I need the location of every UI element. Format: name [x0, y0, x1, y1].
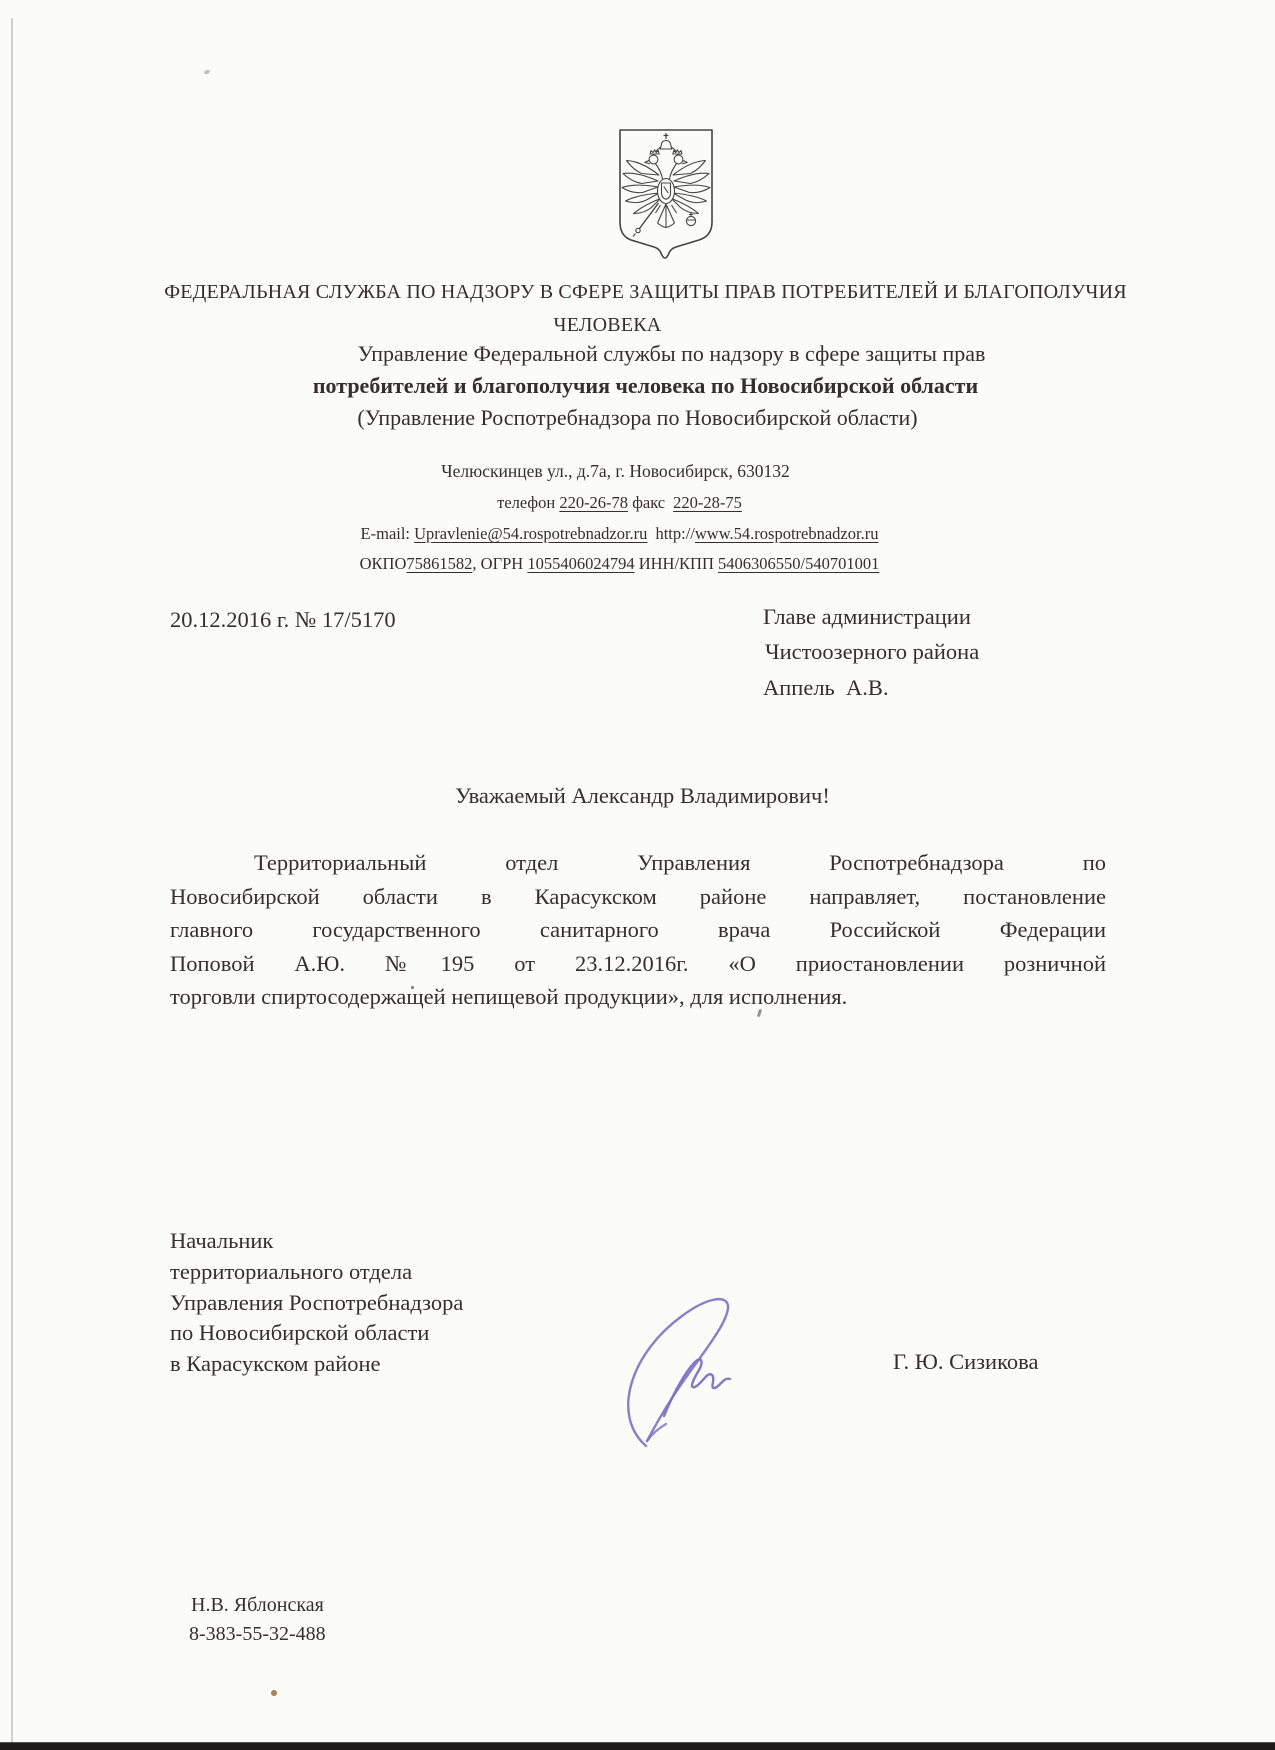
handwritten-signature	[606, 1288, 771, 1460]
signer-title-line: Начальник	[170, 1226, 463, 1257]
innkpp-label: ИНН/КПП	[635, 554, 718, 573]
executor-phone: 8-383-55-32-488	[189, 1623, 326, 1646]
scanned-letter-page: ФЕДЕРАЛЬНАЯ СЛУЖБА ПО НАДЗОРУ В СФЕРЕ ЗА…	[0, 0, 1275, 1750]
ogrn-label: , ОГРН	[472, 554, 527, 573]
requisites-line: ОКПО75861582, ОГРН 1055406024794 ИНН/КПП…	[0, 555, 1257, 574]
signer-title-line: Управления Роспотребнадзора	[170, 1288, 463, 1319]
okpo-value: 75861582	[406, 554, 472, 573]
org-name-line: ФЕДЕРАЛЬНАЯ СЛУЖБА ПО НАДЗОРУ В СФЕРЕ ЗА…	[8, 281, 1275, 304]
postal-address: Челюскинцев ул., д.7а, г. Новосибирск, 6…	[0, 461, 1253, 481]
signer-name: Г. Ю. Сизикова	[893, 1349, 1038, 1375]
signer-title-line: территориального отдела	[170, 1257, 463, 1288]
body-paragraph: Территориальный отдел Управления Роспотр…	[170, 846, 1106, 1014]
double-headed-eagle-icon	[622, 133, 710, 237]
department-line: (Управление Роспотребнадзора по Новосиби…	[0, 405, 1275, 430]
body-line: главного государственного санитарного вр…	[170, 913, 1106, 947]
date-number-line: 20.12.2016 г. № 17/5170	[170, 607, 396, 633]
signer-title-line: в Карасукском районе	[170, 1349, 463, 1380]
recipient-line: Главе администрации	[763, 604, 971, 630]
recipient-line: Аппель А.В.	[763, 675, 889, 701]
executor-name: Н.В. Яблонская	[191, 1594, 324, 1617]
scan-speck	[411, 986, 414, 989]
body-line: Территориальный отдел Управления Роспотр…	[170, 846, 1106, 880]
phone-fax-line: телефон 220-26-78 факс220-28-75	[0, 494, 1257, 513]
scan-speck	[271, 1690, 277, 1696]
site-address[interactable]: www.54.rospotrebnadzor.ru	[695, 524, 879, 543]
body-line: Новосибирской области в Карасукском райо…	[170, 880, 1106, 914]
scan-edge-line	[11, 18, 13, 1744]
fax-value: 220-28-75	[673, 493, 742, 512]
phone-label: телефон	[497, 493, 555, 512]
email-site-line: E-mail: Upravlenie@54.rospotrebnadzor.ru…	[0, 525, 1257, 544]
salutation: Уважаемый Александр Владимирович!	[5, 783, 1275, 809]
body-line: Поповой А.Ю. №195 от 23.12.2016г. «О при…	[170, 947, 1106, 981]
department-line: потребителей и благополучия человека по …	[8, 373, 1275, 398]
department-line: Управление Федеральной службы по надзору…	[34, 341, 1275, 366]
site-prefix: http://	[655, 524, 694, 543]
signer-title-line: по Новосибирской области	[170, 1318, 463, 1349]
recipient-line: Чистоозерного района	[765, 639, 979, 665]
russia-coat-of-arms-emblem	[613, 127, 719, 270]
innkpp-value: 5406306550/540701001	[718, 554, 879, 573]
okpo-label: ОКПО	[360, 554, 407, 573]
org-name-line: ЧЕЛОВЕКА	[0, 314, 1245, 337]
body-line: торговли спиртосодержащей непищевой прод…	[170, 980, 1106, 1014]
signer-title-block: Начальник территориального отдела Управл…	[170, 1226, 463, 1380]
fax-label: факс	[632, 493, 665, 512]
ogrn-value: 1055406024794	[527, 554, 634, 573]
email-address[interactable]: Upravlenie@54.rospotrebnadzor.ru	[414, 524, 647, 543]
phone-value: 220-26-78	[559, 493, 628, 512]
scan-speck	[203, 69, 210, 75]
scan-bottom-edge	[0, 1742, 1275, 1750]
email-label: E-mail:	[361, 524, 410, 543]
